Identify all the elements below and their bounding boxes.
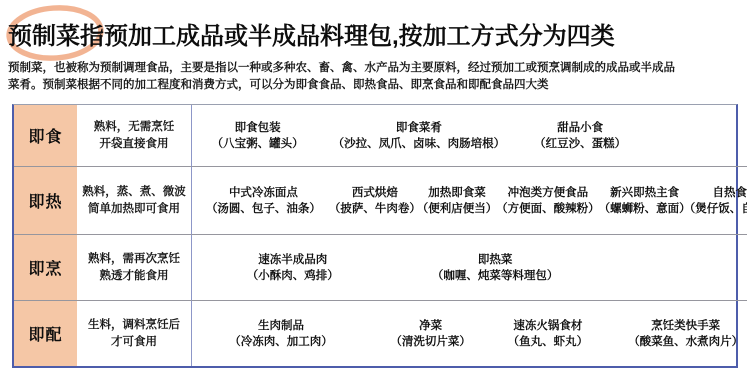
description-cell-ready-to-assemble: 生料，调料烹饪后 才可食用	[77, 301, 192, 366]
food-item: 速冻半成品肉 （小酥肉、鸡排）	[196, 252, 390, 284]
content-cell-ready-to-eat: 即食包装 （八宝粥、罐头） 即食菜肴 （沙拉、凤爪、卤味、肉肠培根） 甜品小食 …	[192, 105, 747, 167]
food-item: 甜品小食 （红豆沙、蛋糕）	[519, 120, 642, 152]
page-title: 预制菜指预加工成品或半成品料理包,按加工方式分为四类	[8, 10, 738, 51]
food-item: 烹饪类快手菜 （酸菜鱼、水煮肉片）	[601, 318, 747, 350]
food-item: 速冻火锅食材 （鱼丸、虾丸）	[495, 318, 601, 350]
intro-line-2: 菜肴。预制菜根据不同的加工程度和消费方式，可以分为即食食品、即热食品、即烹食品和…	[8, 77, 744, 94]
content-cell-ready-to-heat: 中式冷冻面点 （汤圆、包子、油条） 西式烘焙 （披萨、牛肉卷） 加热即食菜 （便…	[192, 167, 747, 235]
category-label: 即食	[28, 124, 62, 147]
food-item: 净菜 （清洗切片菜）	[366, 318, 495, 350]
food-item: 自热食品 （煲仔饭、自嗨锅）	[689, 185, 747, 217]
intro-line-1: 预制菜，也被称为预制调理食品，主要是指以一种或多种农、畜、禽、水产品为主要原料，…	[8, 60, 744, 77]
description-line: 生料，调料烹饪后	[88, 317, 180, 334]
description-line: 熟料，蒸、煮、微波	[82, 184, 186, 201]
description-line: 才可食用	[111, 334, 157, 351]
intro-text: 预制菜，也被称为预制调理食品，主要是指以一种或多种农、畜、禽、水产品为主要原料，…	[8, 60, 744, 94]
content-cell-ready-to-assemble: 生肉制品 （冷冻肉、加工肉） 净菜 （清洗切片菜） 速冻火锅食材 （鱼丸、虾丸）…	[192, 301, 747, 366]
category-label: 即配	[28, 322, 62, 345]
header: 预制菜指预加工成品或半成品料理包,按加工方式分为四类	[8, 10, 738, 54]
description-line: 简单加热即可食用	[88, 201, 180, 218]
food-item: 新兴即热主食 （螺蛳粉、意面）	[601, 185, 689, 217]
category-cell-ready-to-cook: 即烹	[14, 235, 77, 301]
food-item: 生肉制品 （冷冻肉、加工肉）	[196, 318, 366, 350]
food-item: 即食菜肴 （沙拉、凤爪、卤味、肉肠培根）	[319, 120, 518, 152]
category-cell-ready-to-assemble: 即配	[14, 301, 77, 366]
description-line: 熟透才能食用	[100, 268, 169, 285]
description-line: 熟料，需再次烹饪	[88, 251, 180, 268]
category-label: 即烹	[28, 256, 62, 279]
description-cell-ready-to-cook: 熟料，需再次烹饪 熟透才能食用	[77, 235, 192, 301]
description-line: 开袋直接食用	[100, 136, 169, 153]
food-item: 即热菜 （咖喱、炖菜等料理包）	[390, 252, 601, 284]
food-item: 冲泡类方便食品 （方便面、酸辣粉）	[495, 185, 601, 217]
food-item: 中式冷冻面点 （汤圆、包子、油条）	[196, 185, 331, 217]
content-cell-ready-to-cook: 速冻半成品肉 （小酥肉、鸡排） 即热菜 （咖喱、炖菜等料理包）	[192, 235, 747, 301]
food-item: 西式烘焙 （披萨、牛肉卷）	[331, 185, 419, 217]
description-cell-ready-to-heat: 熟料，蒸、煮、微波 简单加热即可食用	[77, 167, 192, 235]
category-cell-ready-to-eat: 即食	[14, 105, 77, 167]
description-line: 熟料，无需烹饪	[94, 119, 175, 136]
category-label: 即热	[28, 189, 62, 212]
classification-table: 即食 熟料，无需烹饪 开袋直接食用 即食包装 （八宝粥、罐头） 即食菜肴 （沙拉…	[12, 104, 738, 368]
category-cell-ready-to-heat: 即热	[14, 167, 77, 235]
food-item: 加热即食菜 （便利店便当）	[419, 185, 495, 217]
description-cell-ready-to-eat: 熟料，无需烹饪 开袋直接食用	[77, 105, 192, 167]
food-item: 即食包装 （八宝粥、罐头）	[196, 120, 319, 152]
